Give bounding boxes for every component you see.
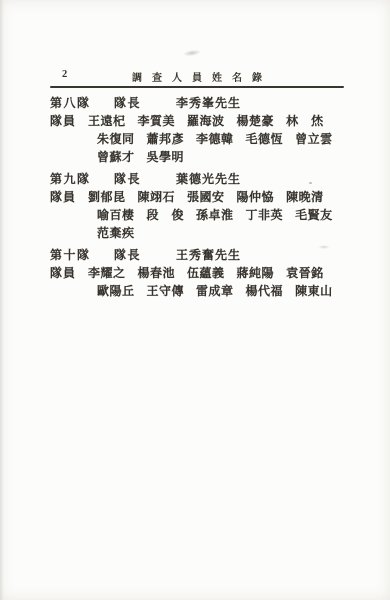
member-name: 曾立雲 [295, 130, 333, 148]
scanned-document-page: 2 調查人員姓名錄 第八隊 隊長 李秀峯先生 隊員 王遠杞 李質美 羅海波 楊楚… [0, 0, 390, 600]
members-label: 隊員 [50, 264, 88, 282]
leader-name: 葉德光先生 [176, 170, 241, 188]
member-name: 丁非英 [246, 206, 284, 224]
member-name: 張國安 [187, 188, 225, 206]
members-label: 隊員 [50, 188, 88, 206]
member-name: 楊代福 [246, 282, 284, 300]
member-name: 李德韓 [196, 130, 234, 148]
member-name: 伍蘊義 [187, 264, 225, 282]
team-10-members-row-1: 隊員 李耀之 楊春池 伍蘊義 蔣純陽 袁晉銘 [50, 264, 362, 282]
team-10-header: 第十隊 隊長 王秀奮先生 [50, 246, 362, 264]
member-name: 歐陽丘 [97, 282, 135, 300]
scan-smudge [183, 49, 202, 57]
member-name: 孫卓淮 [196, 206, 234, 224]
page-number: 2 [62, 69, 67, 80]
team-name: 第十隊 [50, 246, 114, 264]
member-name: 毛德恆 [246, 130, 284, 148]
personnel-roster: 第八隊 隊長 李秀峯先生 隊員 王遠杞 李質美 羅海波 楊楚豪 林 烋 朱復同 … [50, 94, 362, 300]
member-name: 劉郁昆 [88, 188, 126, 206]
member-name: 雷成章 [196, 282, 234, 300]
member-name: 王守傳 [147, 282, 185, 300]
scan-edge-shadow [0, 0, 4, 600]
team-8-members-row-3: 曾蘇才 吳學明 [50, 148, 362, 166]
member-name: 陳翊石 [138, 188, 176, 206]
member-name: 吳學明 [147, 148, 185, 166]
member-name: 王遠杞 [88, 112, 126, 130]
header-rule [50, 86, 344, 88]
member-name: 林 烋 [286, 112, 324, 130]
member-name: 羅海波 [187, 112, 225, 130]
member-name: 朱復同 [97, 130, 135, 148]
team-name: 第九隊 [50, 170, 114, 188]
team-9-members-row-3: 范棄疾 [50, 224, 362, 242]
leader-label: 隊長 [114, 170, 176, 188]
team-8-members-row-1: 隊員 王遠杞 李質美 羅海波 楊楚豪 林 烋 [50, 112, 362, 130]
team-9-members-row-2: 喻百棲 段 俊 孫卓淮 丁非英 毛賢友 [50, 206, 362, 224]
leader-name: 王秀奮先生 [176, 246, 241, 264]
page-header: 2 調查人員姓名錄 [50, 69, 344, 83]
member-name: 楊春池 [138, 264, 176, 282]
member-name: 李耀之 [88, 264, 126, 282]
leader-name: 李秀峯先生 [176, 94, 241, 112]
member-name: 蕭邦彥 [147, 130, 185, 148]
member-name: 段 俊 [147, 206, 185, 224]
team-9-members-row-1: 隊員 劉郁昆 陳翊石 張國安 陽仲恊 陳晚清 [50, 188, 362, 206]
member-name: 袁晉銘 [286, 264, 324, 282]
member-name: 陽仲恊 [237, 188, 275, 206]
page-title: 調查人員姓名錄 [50, 69, 344, 84]
member-name: 陳東山 [295, 282, 333, 300]
member-name: 曾蘇才 [97, 148, 135, 166]
member-name: 蔣純陽 [237, 264, 275, 282]
member-name: 喻百棲 [97, 206, 135, 224]
member-name: 楊楚豪 [237, 112, 275, 130]
team-8-members-row-2: 朱復同 蕭邦彥 李德韓 毛德恆 曾立雲 [50, 130, 362, 148]
member-name: 范棄疾 [97, 224, 135, 242]
member-name: 陳晚清 [286, 188, 324, 206]
team-8-header: 第八隊 隊長 李秀峯先生 [50, 94, 362, 112]
member-name: 毛賢友 [295, 206, 333, 224]
team-name: 第八隊 [50, 94, 114, 112]
leader-label: 隊長 [114, 246, 176, 264]
member-name: 李質美 [138, 112, 176, 130]
team-9-header: 第九隊 隊長 葉德光先生 [50, 170, 362, 188]
team-10-members-row-2: 歐陽丘 王守傳 雷成章 楊代福 陳東山 [50, 282, 362, 300]
members-label: 隊員 [50, 112, 88, 130]
leader-label: 隊長 [114, 94, 176, 112]
